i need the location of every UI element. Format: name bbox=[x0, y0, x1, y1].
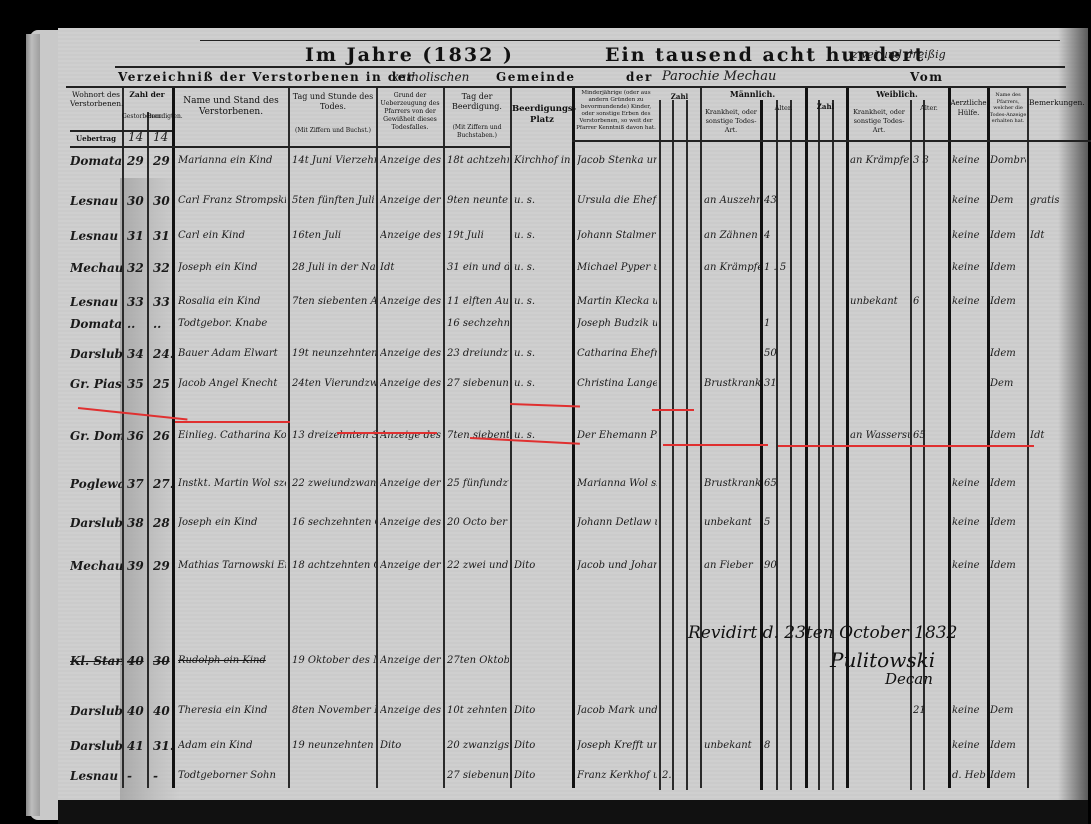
row-grund: Idt bbox=[380, 262, 442, 274]
row-gestorbenen: 36 bbox=[127, 430, 147, 442]
row-erben: Martin Klecka und Katharina die Eltern bbox=[577, 296, 657, 308]
row-pfarrer: Dem bbox=[990, 705, 1026, 717]
row-pfarrer: Idem bbox=[990, 770, 1026, 782]
row-grund: Anzeige des Bruders Elwart bbox=[380, 348, 442, 360]
row-beerdigung: 16 sechzehnten August bbox=[447, 318, 509, 330]
row-grund: Anzeige der Söhne bbox=[380, 560, 442, 572]
row-m-alter: 5 bbox=[764, 517, 804, 529]
col-divider bbox=[700, 88, 702, 788]
row-platz: Kirchhof in Mechau bbox=[514, 155, 570, 167]
row-gestorbenen: 41 bbox=[127, 740, 147, 752]
row-todestag: 19 Oktober des Morgens bbox=[292, 655, 376, 667]
row-w-krankheit: unbekant bbox=[850, 296, 910, 308]
row-beerdigung: 22 zwei und zwanzigsten October bbox=[447, 560, 509, 572]
row-name: Adam ein Kind bbox=[178, 740, 286, 752]
row-grund: Anzeige des Vaters bbox=[380, 155, 442, 167]
row-beerdigung: 20 Octo ber bbox=[447, 517, 509, 529]
row-pfarrer: Idem bbox=[990, 430, 1026, 442]
row-aerztliche-huelfe: keine bbox=[952, 296, 986, 308]
book-bottom-edge bbox=[58, 800, 1088, 824]
row-name: Marianna ein Kind bbox=[178, 155, 286, 167]
revision-signature: Pulitowski bbox=[830, 648, 935, 672]
row-wohnort: Mechau bbox=[70, 560, 122, 572]
row-wohnort: Domatau bbox=[70, 318, 122, 330]
row-m-alter: 50 bbox=[764, 348, 804, 360]
row-wohnort: Darslub bbox=[70, 517, 122, 529]
row-name: Jacob Angel Knecht bbox=[178, 378, 286, 390]
row-wohnort: Lesnau bbox=[70, 770, 122, 782]
row-pfarrer: Idem bbox=[990, 560, 1026, 572]
row-grund: Dito bbox=[380, 740, 442, 752]
row-m-alter: 1 bbox=[764, 318, 804, 330]
row-beerdigung: 19t Juli bbox=[447, 230, 509, 242]
row-bemerkung: Idt bbox=[1030, 230, 1070, 242]
header-tag-beerdigung-note: (Mit Ziffern und Buchstaben.) bbox=[445, 124, 509, 140]
row-bemerkung: gratis bbox=[1030, 195, 1070, 207]
row-m-krankheit: Brustkrankheit bbox=[704, 378, 760, 390]
row-gestorbenen: 40 bbox=[127, 705, 147, 717]
header-maennlich: Männlich. bbox=[700, 90, 805, 99]
header-beerdigten: Beerdigten. bbox=[147, 112, 172, 121]
page-stack-edge bbox=[26, 34, 40, 816]
row-wohnort: Gr. Piasnitz bbox=[70, 378, 122, 390]
header-weiblich-zahl: Zahl bbox=[805, 102, 846, 111]
subtitle-parish: Parochie Mechau bbox=[662, 69, 776, 84]
subtitle-confession: katholischen bbox=[392, 70, 469, 84]
row-erben: Johann Stalmer und Franciska die Eltern bbox=[577, 230, 657, 242]
row-wohnort: Domatau bbox=[70, 155, 122, 167]
row-m-zahl: 2. bbox=[662, 770, 674, 782]
row-beerdigten: 26 bbox=[153, 430, 173, 442]
row-todestag: 5ten fünften Juli in der Nacht bbox=[292, 195, 376, 207]
header-maennlich-alter: Alter. bbox=[762, 104, 805, 113]
row-platz: u. s. bbox=[514, 195, 570, 207]
row-beerdigten: 31 bbox=[153, 230, 173, 242]
row-pfarrer: Dem bbox=[990, 378, 1026, 390]
row-w-krankheit: an Wassersucht bbox=[850, 430, 910, 442]
row-beerdigung: 31 ein und dreißigsten Juli bbox=[447, 262, 509, 274]
row-gestorbenen: - bbox=[127, 770, 147, 782]
row-beerdigung: 10t zehnten November bbox=[447, 705, 509, 717]
row-gestorbenen: 35 bbox=[127, 378, 147, 390]
row-gestorbenen: 31 bbox=[127, 230, 147, 242]
row-gestorbenen: 29 bbox=[127, 155, 147, 167]
row-erben: Marianna Wol szezon Ehefrau bbox=[577, 478, 657, 490]
row-gestorbenen: 33 bbox=[127, 296, 147, 308]
red-annotation-line bbox=[337, 432, 437, 434]
row-name: Instkt. Martin Wol szezon bbox=[178, 478, 286, 490]
row-aerztliche-huelfe: keine bbox=[952, 740, 986, 752]
row-wohnort: Lesnau bbox=[70, 296, 122, 308]
header-tag-beerdigung: Tag der Beerdigung. bbox=[445, 92, 509, 112]
row-erben: Jacob Mark und Dorothea die Eltern bbox=[577, 705, 657, 717]
title-top-rule bbox=[200, 40, 1060, 41]
row-beerdigung: 27ten Oktober bbox=[447, 655, 509, 667]
row-gestorbenen: 37 bbox=[127, 478, 147, 490]
row-erben: Catharina Ehefrau geb. Schornack und 3 u… bbox=[577, 348, 657, 360]
title-left: Im Jahre (1832 ) bbox=[305, 44, 514, 66]
row-pfarrer: Idem bbox=[990, 230, 1026, 242]
row-name: Carl ein Kind bbox=[178, 230, 286, 242]
header-aerztliche-huelfe: Aerztliche Hülfe. bbox=[950, 98, 987, 118]
row-erben: Michael Pyper und Catharina bbox=[577, 262, 657, 274]
header-top-rule bbox=[66, 86, 1066, 88]
row-beerdigten: 27. bbox=[153, 478, 173, 490]
row-todestag: 14t Juni Vierzehn / um 8 Uhr Abends bbox=[292, 155, 376, 167]
col-divider bbox=[572, 88, 575, 788]
row-platz: Dito bbox=[514, 770, 570, 782]
row-name: Carl Franz Strompski bbox=[178, 195, 286, 207]
row-grund: Anzeige des Vaters bbox=[380, 230, 442, 242]
revision-note: Revidirt d. 23ten October 1832 bbox=[688, 623, 957, 643]
row-wohnort: Darslub bbox=[70, 705, 122, 717]
row-m-krankheit: an Krämpfen bbox=[704, 262, 760, 274]
row-w-alter: 3 3 bbox=[913, 155, 947, 167]
row-m-krankheit: unbekant bbox=[704, 517, 760, 529]
col-divider bbox=[147, 112, 149, 788]
uebertrag-gestorbenen: 14 bbox=[128, 131, 143, 143]
header-maennlich-zahl: Zahl bbox=[659, 92, 700, 101]
row-todestag: 28 Juli in der Nacht bbox=[292, 262, 376, 274]
row-todestag: 18 achtzehnten Oktober 7 Uhr des Abends bbox=[292, 560, 376, 572]
col-divider bbox=[443, 88, 445, 788]
col-divider bbox=[659, 100, 661, 790]
row-name: Einlieg. Catharina Kon... geb. Budzick bbox=[178, 430, 286, 442]
header-bottom-rule-right bbox=[572, 140, 1091, 142]
row-gestorbenen: 34 bbox=[127, 348, 147, 360]
row-platz: Dito bbox=[514, 740, 570, 752]
row-beerdigung: 23 dreiundzwanzigsten August bbox=[447, 348, 509, 360]
row-platz: u. s. bbox=[514, 348, 570, 360]
row-erben: Johann Detlaw und Marianna die Eltern bbox=[577, 517, 657, 529]
row-wohnort: Darslub bbox=[70, 348, 122, 360]
header-tag-todes-note: (Mit Ziffern und Buchst.) bbox=[290, 126, 376, 135]
header-weiblich-krankheit: Krankheit, oder sonstige Todes-Art. bbox=[848, 108, 910, 135]
row-name: Joseph ein Kind bbox=[178, 262, 286, 274]
row-erben: Christina Lange die Mutter bbox=[577, 378, 657, 390]
col-divider bbox=[948, 88, 951, 788]
row-beerdigten: 24. bbox=[153, 348, 173, 360]
header-name: Name und Stand des Verstorbenen. bbox=[176, 96, 286, 118]
row-aerztliche-huelfe: keine bbox=[952, 517, 986, 529]
row-beerdigung: 20 zwanzigsten November bbox=[447, 740, 509, 752]
title-bottom-rule bbox=[115, 66, 1065, 68]
row-pfarrer: Dombrowsky bbox=[990, 155, 1026, 167]
row-gestorbenen: 39 bbox=[127, 560, 147, 572]
row-erben: Jacob und Johann die Söhne beide majoren… bbox=[577, 560, 657, 572]
row-beerdigung: 9ten neunten Juli bbox=[447, 195, 509, 207]
row-name: Bauer Adam Elwart bbox=[178, 348, 286, 360]
row-wohnort: Kl. Starzyn bbox=[70, 655, 122, 667]
col-divider bbox=[122, 88, 124, 788]
row-todestag: 8ten November Morgend bbox=[292, 705, 376, 717]
row-gestorbenen: .. bbox=[127, 318, 147, 330]
row-beerdigten: 29 bbox=[153, 560, 173, 572]
row-wohnort: Mechau bbox=[70, 262, 122, 274]
row-name: Mathias Tarnowski Einlieger bbox=[178, 560, 286, 572]
row-beerdigten: 30 bbox=[153, 655, 173, 667]
col-divider bbox=[1027, 88, 1029, 788]
row-m-alter: 90 bbox=[764, 560, 804, 572]
row-aerztliche-huelfe: keine bbox=[952, 230, 986, 242]
row-aerztliche-huelfe: keine bbox=[952, 195, 986, 207]
row-m-krankheit: an Fieber bbox=[704, 560, 760, 572]
row-name: Rudolph ein Kind bbox=[178, 655, 286, 667]
page-edge-shadow bbox=[1058, 28, 1088, 808]
row-beerdigten: 29 bbox=[153, 155, 173, 167]
row-todestag: 16ten Juli bbox=[292, 230, 376, 242]
row-pfarrer: Dem bbox=[990, 195, 1026, 207]
header-bemerkungen: Bemerkungen. bbox=[1029, 98, 1069, 108]
row-platz: Dito bbox=[514, 705, 570, 717]
row-erben: Der Ehemann Peter Konkol und 6 Kinder bbox=[577, 430, 657, 442]
row-platz: u. s. bbox=[514, 262, 570, 274]
header-grund: Grund der Ueberzeugung des Pfarrers von … bbox=[378, 92, 442, 132]
row-wohnort: Lesnau bbox=[70, 230, 122, 242]
header-wohnort: Wohnort des Verstorbenen. bbox=[70, 90, 122, 108]
row-pfarrer: Idem bbox=[990, 740, 1026, 752]
header-gestorbenen: Gestorbenen. bbox=[122, 112, 147, 121]
row-aerztliche-huelfe: keine bbox=[952, 155, 986, 167]
row-name: Theresia ein Kind bbox=[178, 705, 286, 717]
row-beerdigten: 30 bbox=[153, 195, 173, 207]
row-beerdigten: - bbox=[153, 770, 173, 782]
row-pfarrer: Idem bbox=[990, 262, 1026, 274]
row-erben: Jacob Stenka und Christina die Eltern bbox=[577, 155, 657, 167]
row-aerztliche-huelfe: keine bbox=[952, 560, 986, 572]
row-pfarrer: Idem bbox=[990, 296, 1026, 308]
row-name: Joseph ein Kind bbox=[178, 517, 286, 529]
row-pfarrer: Idem bbox=[990, 348, 1026, 360]
row-grund: Anzeige des Vaters bbox=[380, 705, 442, 717]
row-grund: Anzeige des Vaters bbox=[380, 517, 442, 529]
row-aerztliche-huelfe: keine bbox=[952, 705, 986, 717]
row-grund: Anzeige des Müllers bbox=[380, 378, 442, 390]
row-w-alter: 65 bbox=[913, 430, 947, 442]
row-pfarrer: Idem bbox=[990, 478, 1026, 490]
row-m-alter: 8 bbox=[764, 740, 804, 752]
row-name: Todtgeborner Sohn bbox=[178, 770, 286, 782]
row-beerdigung: 27 siebenundzwanzigsten November bbox=[447, 770, 509, 782]
subtitle-left: Verzeichniß der Verstorbenen in der bbox=[118, 70, 415, 84]
row-m-alter: 31 bbox=[764, 378, 804, 390]
row-beerdigung: 25 fünfundzwanzigsten September bbox=[447, 478, 509, 490]
row-m-alter: 43 bbox=[764, 195, 804, 207]
row-m-krankheit: an Auszehrung bbox=[704, 195, 760, 207]
row-beerdigten: 33 bbox=[153, 296, 173, 308]
uebertrag-beerdigten: 14 bbox=[153, 131, 168, 143]
row-grund: Anzeige des Vaters bbox=[380, 296, 442, 308]
subtitle-der: der bbox=[626, 70, 653, 84]
red-annotation-line bbox=[778, 445, 1034, 447]
col-divider bbox=[805, 88, 808, 788]
row-todestag: 19t neunzehnten August 10 Uhr des Abends bbox=[292, 348, 376, 360]
row-gestorbenen: 32 bbox=[127, 262, 147, 274]
row-beerdigten: 31. bbox=[153, 740, 173, 752]
row-todestag: 22 zweiundzwanzigsten September 4 Uhr de… bbox=[292, 478, 376, 490]
row-erben: Ursula die Ehefrau und 2 unmündige Kinde… bbox=[577, 195, 657, 207]
row-aerztliche-huelfe: d. Hebamme bbox=[952, 770, 986, 782]
row-name: Rosalia ein Kind bbox=[178, 296, 286, 308]
row-grund: Anzeige der Eltern bbox=[380, 195, 442, 207]
row-grund: Anzeige der Ehefrau bbox=[380, 478, 442, 490]
row-beerdigten: 40 bbox=[153, 705, 173, 717]
col-divider bbox=[376, 88, 378, 788]
row-gestorbenen: 30 bbox=[127, 195, 147, 207]
row-todestag: 7ten siebenten August 12 Uhr Mittag bbox=[292, 296, 376, 308]
row-erben: Franz Kerkhof und Elisabeth die Eltern bbox=[577, 770, 657, 782]
row-m-alter: 4 bbox=[764, 230, 804, 242]
header-erben: Minderjährige (oder aus andern Gründen z… bbox=[574, 90, 658, 132]
header-zahl: Zahl der bbox=[122, 90, 172, 99]
row-beerdigten: 32 bbox=[153, 262, 173, 274]
subtitle-gemeinde: Gemeinde bbox=[496, 70, 576, 84]
header-weiblich: Weiblich. bbox=[846, 90, 948, 99]
row-name: Todtgebor. Knabe bbox=[178, 318, 286, 330]
subtitle-vom: Vom bbox=[910, 70, 943, 84]
row-m-krankheit: unbekant bbox=[704, 740, 760, 752]
row-platz: Dito bbox=[514, 560, 570, 572]
row-w-alter: 6 bbox=[913, 296, 947, 308]
row-beerdigten: 25 bbox=[153, 378, 173, 390]
row-erben: Joseph Krefft und Christina die Eltern bbox=[577, 740, 657, 752]
header-pfarrer: Name des Pfarrers, welcher die Todes-Anz… bbox=[989, 92, 1027, 125]
red-annotation-line bbox=[652, 409, 694, 411]
row-platz: u. s. bbox=[514, 296, 570, 308]
row-w-alter: 21 bbox=[913, 705, 947, 717]
header-beerdigungs-platz: Beerdigungs-Platz bbox=[512, 104, 572, 126]
row-beerdigung: 18t achtzehnten Juni bbox=[447, 155, 509, 167]
col-divider bbox=[288, 88, 290, 788]
col-divider bbox=[846, 88, 849, 788]
row-wohnort: Poglewa bbox=[70, 478, 122, 490]
row-bemerkung: Idt bbox=[1030, 430, 1070, 442]
row-grund: Anzeige der Mutter bbox=[380, 655, 442, 667]
row-beerdigung: 27 siebenundzwanzigsten August bbox=[447, 378, 509, 390]
row-wohnort: Darslub bbox=[70, 740, 122, 752]
row-pfarrer: Idem bbox=[990, 517, 1026, 529]
row-m-alter: 1 . 5 bbox=[764, 262, 804, 274]
row-platz: u. s. bbox=[514, 230, 570, 242]
row-m-krankheit: an Zähnen bbox=[704, 230, 760, 242]
row-wohnort: Gr. Domatau bbox=[70, 430, 122, 442]
row-m-krankheit: Brustkrankheit bbox=[704, 478, 760, 490]
row-gestorbenen: 38 bbox=[127, 517, 147, 529]
title-right-handwritten: zwei und dreißig bbox=[852, 48, 946, 61]
scanned-register-page: Im Jahre (1832 ) Ein tausend acht hunder… bbox=[0, 0, 1091, 824]
row-todestag: 16 sechzehnten Oktober 9 Uhr des Abends bbox=[292, 517, 376, 529]
row-platz: u. s. bbox=[514, 378, 570, 390]
row-wohnort: Lesnau bbox=[70, 195, 122, 207]
row-erben: Joseph Budzik und Anna die Eltern bbox=[577, 318, 657, 330]
row-w-krankheit: an Krämpfen bbox=[850, 155, 910, 167]
row-aerztliche-huelfe: keine bbox=[952, 262, 986, 274]
header-weiblich-alter: Alter. bbox=[910, 104, 948, 113]
row-beerdigten: 28 bbox=[153, 517, 173, 529]
row-todestag: 19 neunzehnten November in der Nacht bbox=[292, 740, 376, 752]
row-beerdigten: .. bbox=[153, 318, 173, 330]
col-divider bbox=[510, 88, 512, 788]
red-annotation-line bbox=[175, 421, 290, 423]
row-gestorbenen: 40 bbox=[127, 655, 147, 667]
binding-shadow bbox=[120, 178, 180, 818]
revision-role: Decan bbox=[885, 670, 933, 688]
red-annotation-line bbox=[663, 444, 768, 446]
header-tag-todes: Tag und Stunde des Todes. bbox=[290, 92, 376, 112]
row-beerdigung: 11 elften August bbox=[447, 296, 509, 308]
header-bottom-rule-left bbox=[70, 146, 510, 148]
row-aerztliche-huelfe: keine bbox=[952, 478, 986, 490]
header-maennlich-krankheit: Krankheit, oder sonstige Todes-Art. bbox=[702, 108, 760, 135]
row-m-alter: 65 bbox=[764, 478, 804, 490]
uebertrag-label: Uebertrag bbox=[70, 134, 122, 143]
row-todestag: 24ten Vierundzwanzigsten August 4 Uhr de… bbox=[292, 378, 376, 390]
